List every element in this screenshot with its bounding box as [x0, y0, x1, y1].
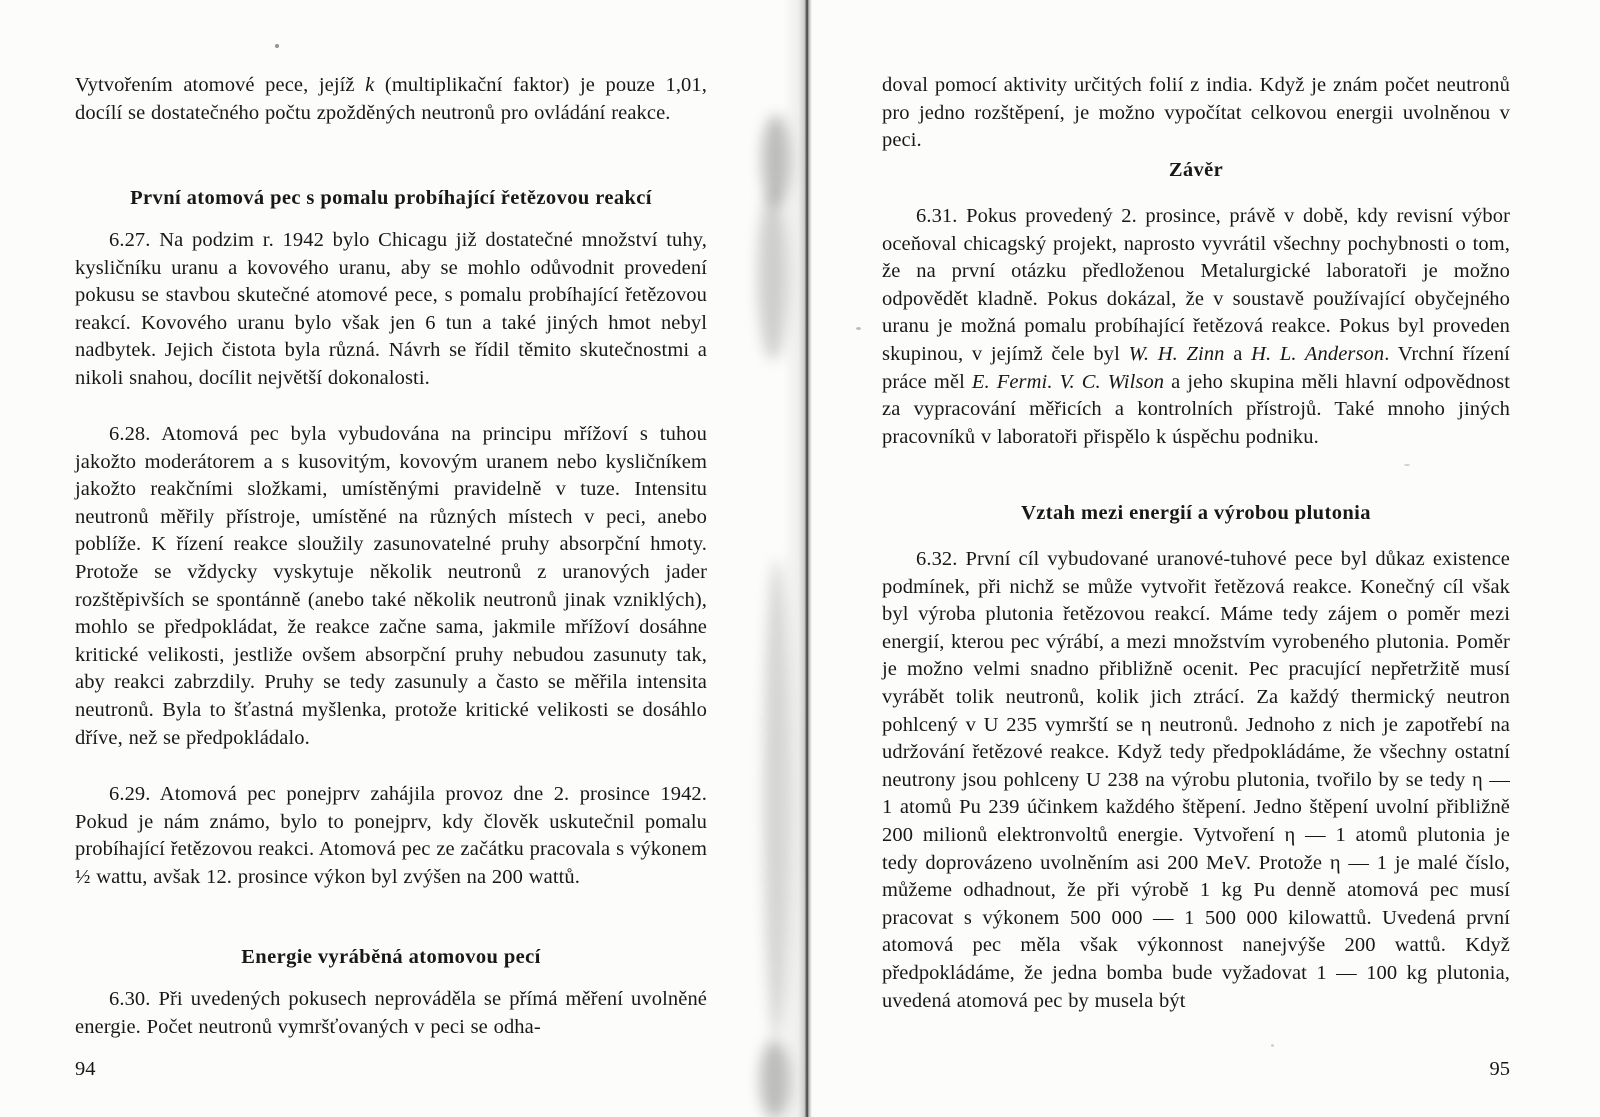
paragraph-6-29: 6.29. Atomová pec ponejprv zahájila prov… [75, 781, 707, 891]
section-heading-energy: Energie vyráběná atomovou pecí [75, 944, 707, 971]
paragraph-6-27: 6.27. Na podzim r. 1942 bylo Chicagu již… [75, 227, 707, 393]
scan-speck [1404, 464, 1410, 466]
paragraph-6-30: 6.30. Při uvedených pokusech neprováděla… [75, 986, 707, 1041]
book-scan-spread: Vytvořením atomové pece, jejíž k (multip… [0, 0, 1600, 1117]
paragraph-6-31: 6.31. Pokus provedený 2. prosince, právě… [882, 203, 1510, 451]
section-heading-plutonium-relation: Vztah mezi energií a výrobou plutonia [882, 500, 1510, 527]
gutter-smudge [760, 1040, 790, 1117]
page-number-right: 95 [1360, 1056, 1510, 1083]
paragraph-intro-continuation: Vytvořením atomové pece, jejíž k (multip… [75, 72, 707, 127]
scan-speck [275, 44, 279, 48]
gutter-smudge [764, 560, 790, 1040]
text-run-italic-wilson: V. C. Wilson [1060, 371, 1165, 393]
paragraph-intro-continuation: doval pomocí aktivity určitých folií z i… [882, 72, 1510, 155]
paragraph-6-32: 6.32. První cíl vybudované uranové-tuhov… [882, 546, 1510, 1015]
text-run [1053, 371, 1060, 393]
text-run: Vytvořením atomové pece, jejíž [75, 74, 365, 96]
text-run-italic-anderson: H. L. Anderson [1251, 343, 1384, 365]
text-run: a [1225, 343, 1252, 365]
section-heading-first-atomic-pile: První atomová pec s pomalu probíhající ř… [75, 185, 707, 212]
text-run-italic-zinn: W. H. Zinn [1129, 343, 1225, 365]
gutter-smudge [758, 190, 788, 360]
scan-speck [856, 327, 861, 330]
page-number-left: 94 [75, 1056, 175, 1083]
paragraph-6-28: 6.28. Atomová pec byla vybudována na pri… [75, 421, 707, 752]
section-heading-conclusion: Závěr [882, 157, 1510, 184]
left-page: Vytvořením atomové pece, jejíž k (multip… [0, 0, 795, 1117]
right-page: doval pomocí aktivity určitých folií z i… [815, 0, 1600, 1117]
text-run-italic-k: k [365, 74, 374, 96]
text-run: 6.31. Pokus provedený 2. prosince, právě… [882, 205, 1510, 365]
scan-speck [1271, 1044, 1274, 1047]
text-run-italic-fermi: E. Fermi. [972, 371, 1053, 393]
